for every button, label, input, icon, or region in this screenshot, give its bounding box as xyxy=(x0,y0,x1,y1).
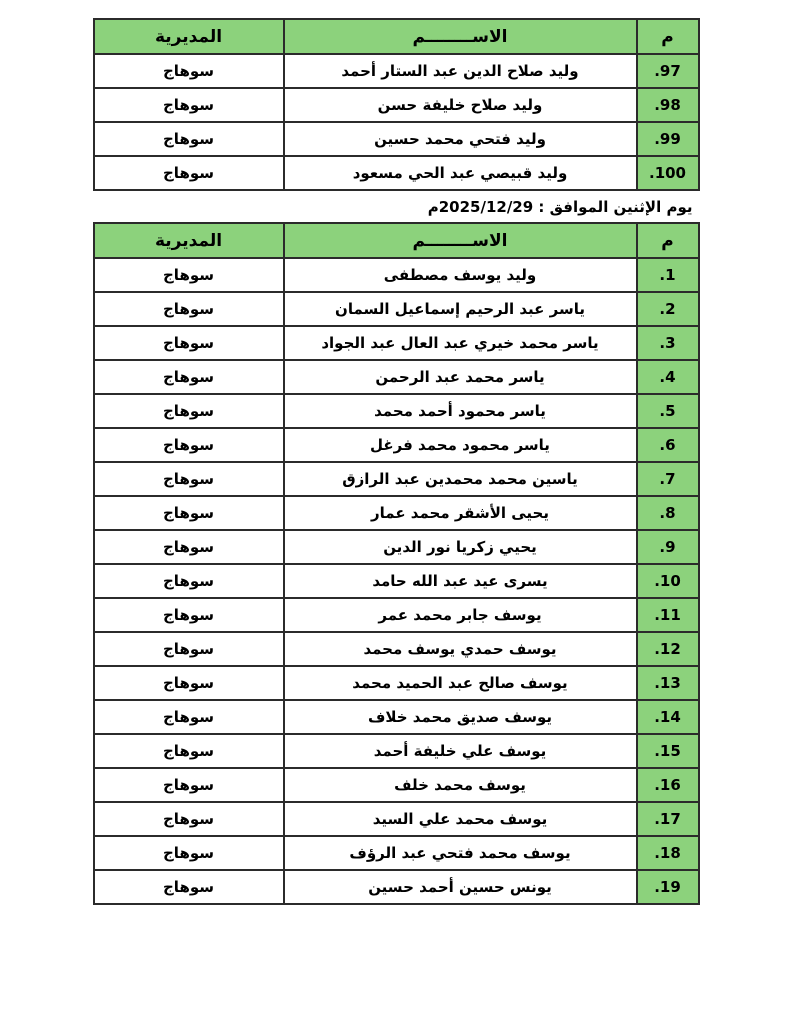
col-header-name: الاســــــــم xyxy=(284,223,637,258)
directorate-cell: سوهاج xyxy=(94,360,284,394)
row-number-cell: 1. xyxy=(637,258,699,292)
row-number-cell: 14. xyxy=(637,700,699,734)
col-header-directorate: المديرية xyxy=(94,223,284,258)
table-row: 10. يسرى عيد عبد الله حامد سوهاج xyxy=(94,564,699,598)
directorate-cell: سوهاج xyxy=(94,156,284,190)
table-row: 5. ياسر محمود أحمد محمد سوهاج xyxy=(94,394,699,428)
name-cell: يوسف محمد خلف xyxy=(284,768,637,802)
directorate-cell: سوهاج xyxy=(94,802,284,836)
name-cell: يوسف صالح عبد الحميد محمد xyxy=(284,666,637,700)
date-line: يوم الإثنين الموافق : 2025/12/29م xyxy=(94,196,699,218)
table-row: 15. يوسف علي خليفة أحمد سوهاج xyxy=(94,734,699,768)
row-number-cell: 98. xyxy=(637,88,699,122)
name-cell: وليد يوسف مصطفى xyxy=(284,258,637,292)
directorate-cell: سوهاج xyxy=(94,700,284,734)
table-row: 11. يوسف جابر محمد عمر سوهاج xyxy=(94,598,699,632)
row-number-cell: 11. xyxy=(637,598,699,632)
col-header-number: م xyxy=(637,223,699,258)
row-number-cell: 6. xyxy=(637,428,699,462)
directorate-cell: سوهاج xyxy=(94,292,284,326)
row-number-cell: 4. xyxy=(637,360,699,394)
directorate-cell: سوهاج xyxy=(94,530,284,564)
row-number-cell: 5. xyxy=(637,394,699,428)
row-number-cell: 9. xyxy=(637,530,699,564)
name-cell: يوسف محمد علي السيد xyxy=(284,802,637,836)
document-page: م الاســــــــم المديرية 97. وليد صلاح ا… xyxy=(0,0,792,1024)
name-cell: ياسر محمود أحمد محمد xyxy=(284,394,637,428)
table-row: 14. يوسف صديق محمد خلاف سوهاج xyxy=(94,700,699,734)
row-number-cell: 2. xyxy=(637,292,699,326)
name-cell: يوسف علي خليفة أحمد xyxy=(284,734,637,768)
row-number-cell: 18. xyxy=(637,836,699,870)
name-cell: يحيى الأشقر محمد عمار xyxy=(284,496,637,530)
name-cell: وليد قبيصي عبد الحي مسعود xyxy=(284,156,637,190)
table-row: 18. يوسف محمد فتحي عبد الرؤف سوهاج xyxy=(94,836,699,870)
roster-table-top: م الاســــــــم المديرية 97. وليد صلاح ا… xyxy=(93,18,700,191)
row-number-cell: 17. xyxy=(637,802,699,836)
name-cell: ياسر محمد عبد الرحمن xyxy=(284,360,637,394)
directorate-cell: سوهاج xyxy=(94,836,284,870)
name-cell: يوسف محمد فتحي عبد الرؤف xyxy=(284,836,637,870)
header-row: م الاســــــــم المديرية xyxy=(94,223,699,258)
name-cell: ياسر عبد الرحيم إسماعيل السمان xyxy=(284,292,637,326)
table-row: 13. يوسف صالح عبد الحميد محمد سوهاج xyxy=(94,666,699,700)
row-number-cell: 12. xyxy=(637,632,699,666)
row-number-cell: 16. xyxy=(637,768,699,802)
row-number-cell: 15. xyxy=(637,734,699,768)
directorate-cell: سوهاج xyxy=(94,428,284,462)
table-row: 97. وليد صلاح الدين عبد الستار أحمد سوها… xyxy=(94,54,699,88)
row-number-cell: 100. xyxy=(637,156,699,190)
directorate-cell: سوهاج xyxy=(94,632,284,666)
row-number-cell: 7. xyxy=(637,462,699,496)
directorate-cell: سوهاج xyxy=(94,734,284,768)
name-cell: وليد صلاح الدين عبد الستار أحمد xyxy=(284,54,637,88)
row-number-cell: 8. xyxy=(637,496,699,530)
name-cell: يونس حسين أحمد حسين xyxy=(284,870,637,904)
directorate-cell: سوهاج xyxy=(94,54,284,88)
name-cell: يوسف حمدي يوسف محمد xyxy=(284,632,637,666)
table-row: 4. ياسر محمد عبد الرحمن سوهاج xyxy=(94,360,699,394)
directorate-cell: سوهاج xyxy=(94,258,284,292)
directorate-cell: سوهاج xyxy=(94,462,284,496)
table-row: 2. ياسر عبد الرحيم إسماعيل السمان سوهاج xyxy=(94,292,699,326)
row-number-cell: 13. xyxy=(637,666,699,700)
table-row: 12. يوسف حمدي يوسف محمد سوهاج xyxy=(94,632,699,666)
header-row: م الاســــــــم المديرية xyxy=(94,19,699,54)
table-row: 99. وليد فتحي محمد حسين سوهاج xyxy=(94,122,699,156)
col-header-number: م xyxy=(637,19,699,54)
row-number-cell: 19. xyxy=(637,870,699,904)
directorate-cell: سوهاج xyxy=(94,666,284,700)
name-cell: ياسين محمد محمدين عبد الرازق xyxy=(284,462,637,496)
name-cell: ياسر محمود محمد فرغل xyxy=(284,428,637,462)
table-row: 6. ياسر محمود محمد فرغل سوهاج xyxy=(94,428,699,462)
name-cell: يسرى عيد عبد الله حامد xyxy=(284,564,637,598)
table-row: 3. ياسر محمد خيري عبد العال عبد الجواد س… xyxy=(94,326,699,360)
table-row: 9. يحيي زكريا نور الدين سوهاج xyxy=(94,530,699,564)
directorate-cell: سوهاج xyxy=(94,88,284,122)
directorate-cell: سوهاج xyxy=(94,394,284,428)
name-cell: ياسر محمد خيري عبد العال عبد الجواد xyxy=(284,326,637,360)
name-cell: يوسف صديق محمد خلاف xyxy=(284,700,637,734)
table-row: 17. يوسف محمد علي السيد سوهاج xyxy=(94,802,699,836)
row-number-cell: 99. xyxy=(637,122,699,156)
table-row: 19. يونس حسين أحمد حسين سوهاج xyxy=(94,870,699,904)
name-cell: وليد فتحي محمد حسين xyxy=(284,122,637,156)
col-header-directorate: المديرية xyxy=(94,19,284,54)
name-cell: يحيي زكريا نور الدين xyxy=(284,530,637,564)
name-cell: يوسف جابر محمد عمر xyxy=(284,598,637,632)
table-row: 16. يوسف محمد خلف سوهاج xyxy=(94,768,699,802)
directorate-cell: سوهاج xyxy=(94,496,284,530)
directorate-cell: سوهاج xyxy=(94,598,284,632)
roster-table-main: م الاســــــــم المديرية 1. وليد يوسف مص… xyxy=(93,222,700,905)
row-number-cell: 3. xyxy=(637,326,699,360)
directorate-cell: سوهاج xyxy=(94,564,284,598)
table-row: 8. يحيى الأشقر محمد عمار سوهاج xyxy=(94,496,699,530)
table-row: 7. ياسين محمد محمدين عبد الرازق سوهاج xyxy=(94,462,699,496)
directorate-cell: سوهاج xyxy=(94,768,284,802)
col-header-name: الاســــــــم xyxy=(284,19,637,54)
row-number-cell: 10. xyxy=(637,564,699,598)
directorate-cell: سوهاج xyxy=(94,122,284,156)
name-cell: وليد صلاح خليفة حسن xyxy=(284,88,637,122)
table-row: 100. وليد قبيصي عبد الحي مسعود سوهاج xyxy=(94,156,699,190)
table-row: 1. وليد يوسف مصطفى سوهاج xyxy=(94,258,699,292)
directorate-cell: سوهاج xyxy=(94,870,284,904)
table-row: 98. وليد صلاح خليفة حسن سوهاج xyxy=(94,88,699,122)
row-number-cell: 97. xyxy=(637,54,699,88)
directorate-cell: سوهاج xyxy=(94,326,284,360)
